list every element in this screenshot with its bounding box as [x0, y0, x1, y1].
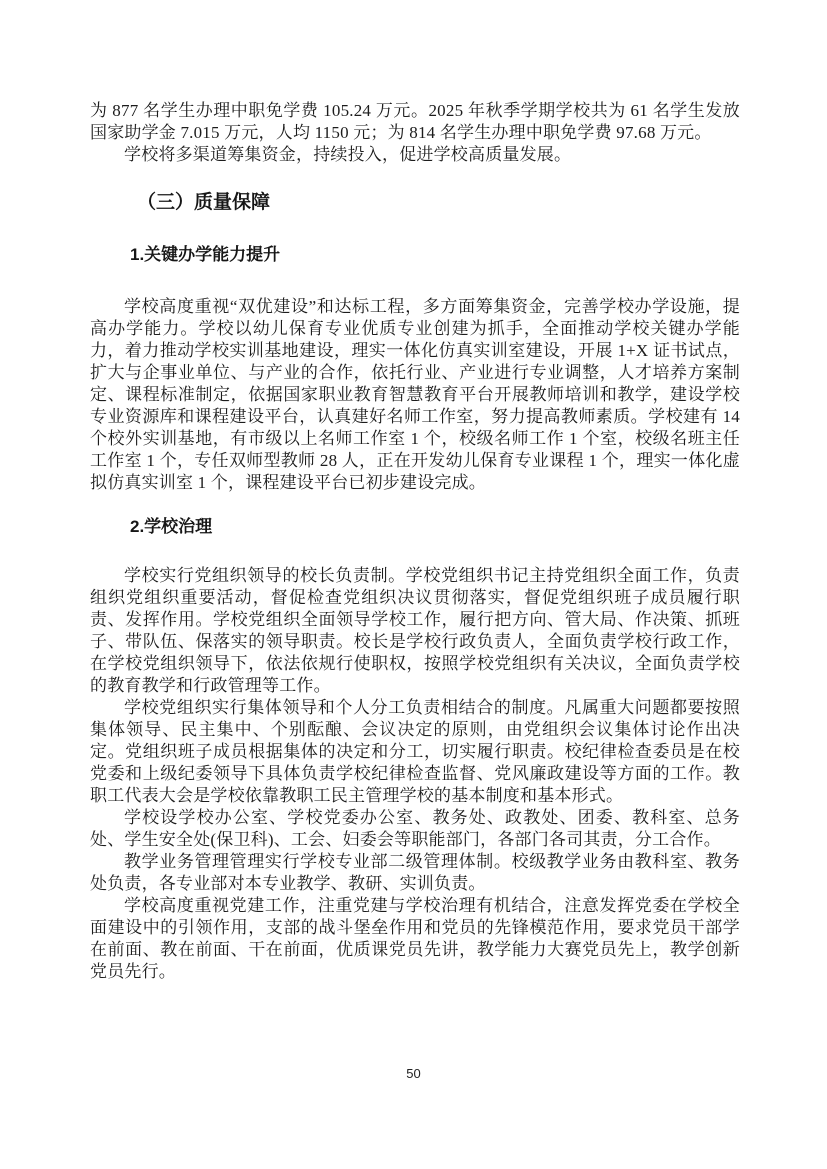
paragraph: 学校高度重视“双优建设”和达标工程，多方面筹集资金，完善学校办学设施，提高办学能… — [90, 296, 740, 494]
paragraph: 学校将多渠道筹集资金，持续投入，促进学校高质量发展。 — [90, 144, 740, 166]
paragraph: 学校党组织实行集体领导和个人分工负责相结合的制度。凡属重大问题都要按照集体领导、… — [90, 697, 740, 807]
document-page: 为 877 名学生办理中职免学费 105.24 万元。2025 年秋季学期学校共… — [0, 0, 827, 1169]
page-content: 为 877 名学生办理中职免学费 105.24 万元。2025 年秋季学期学校共… — [90, 100, 740, 983]
paragraph: 学校设学校办公室、学校党委办公室、教务处、政教处、团委、教科室、总务处、学生安全… — [90, 807, 740, 851]
paragraph-continuation: 为 877 名学生办理中职免学费 105.24 万元。2025 年秋季学期学校共… — [90, 100, 740, 144]
paragraph: 学校高度重视党建工作，注重党建与学校治理有机结合，注意发挥党委在学校全面建设中的… — [90, 895, 740, 983]
section-heading: （三）质量保障 — [90, 190, 740, 216]
subsection-heading-1: 1.关键办学能力提升 — [90, 244, 740, 266]
subsection-heading-2: 2.学校治理 — [90, 516, 740, 538]
paragraph: 学校实行党组织领导的校长负责制。学校党组织书记主持党组织全面工作，负责组织党组织… — [90, 565, 740, 697]
paragraph: 教学业务管理管理实行学校专业部二级管理体制。校级教学业务由教科室、教务处负责，各… — [90, 851, 740, 895]
page-number: 50 — [0, 1066, 827, 1082]
